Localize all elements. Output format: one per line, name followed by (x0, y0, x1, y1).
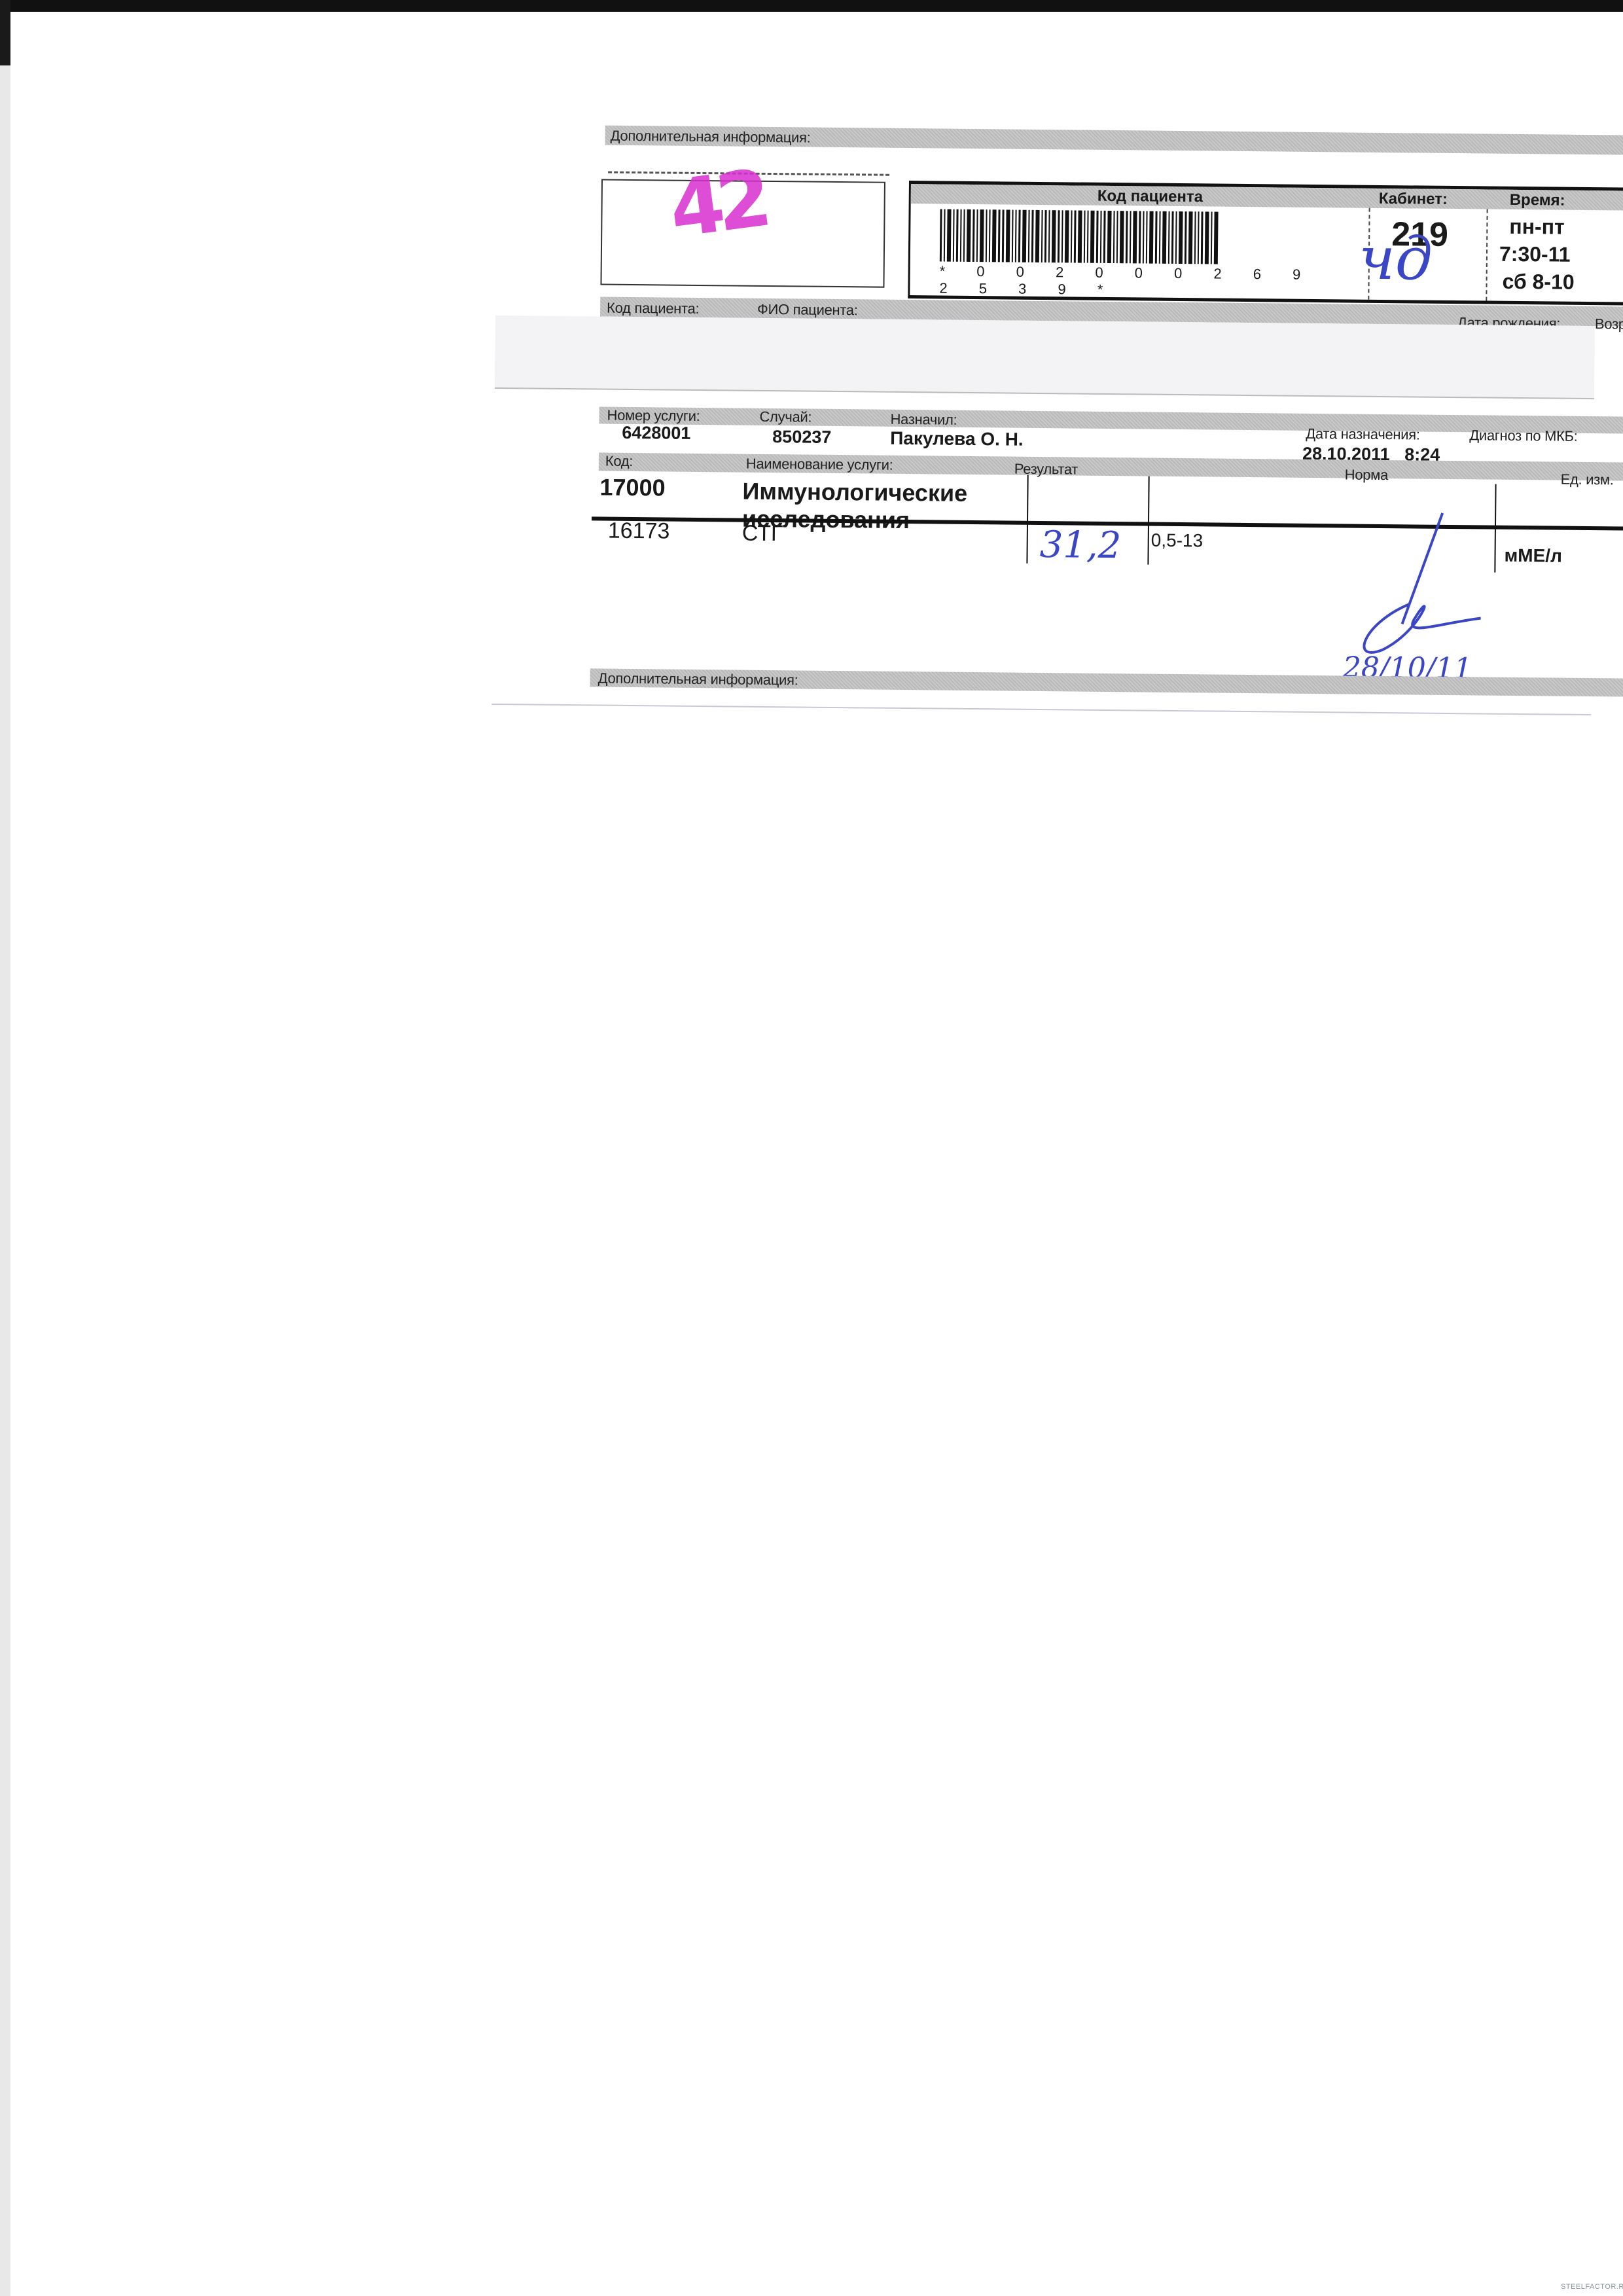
doctor-signature-icon (1323, 505, 1495, 670)
service-header-band: Номер услуги: Случай: Назначил: Дата наз… (599, 407, 1623, 434)
barcode-digits: * 0 0 2 0 0 0 2 6 9 2 5 3 9 * (939, 262, 1319, 300)
patient-name-label: ФИО пациента: (757, 301, 858, 319)
patient-info-redacted (495, 315, 1595, 399)
test-result-handwritten: 31,2 (1039, 524, 1121, 567)
col-unit-header: Ед. изм. (1561, 471, 1614, 489)
barcode-section: Код пациента * 0 0 2 0 0 0 2 6 9 2 5 3 9… (908, 181, 1623, 306)
slip-bottom-edge (491, 704, 1591, 715)
test-name: СТГ (742, 521, 783, 547)
table-header-band: Код: Наименование услуги: Результат Норм… (599, 453, 1623, 481)
service-number-value: 6428001 (622, 423, 690, 444)
barcode-title: Код пациента (1097, 187, 1203, 207)
additional-info-band-top: Дополнительная информация: (605, 126, 1623, 155)
col-name-header: Наименование услуги: (746, 456, 893, 474)
time-separator (1486, 209, 1488, 301)
scan-edge-top (0, 0, 1623, 12)
time-weekday-hours: 7:30-11 (1499, 242, 1571, 267)
age-label: Возраст: (1595, 315, 1623, 333)
assigned-by-label: Назначил: (890, 411, 957, 429)
test-norm: 0,5-13 (1151, 530, 1204, 552)
col-result-header: Результат (1014, 461, 1079, 478)
col-code-header: Код: (605, 453, 633, 470)
result-column-left-border (1026, 475, 1028, 564)
handwritten-initials: чд (1358, 224, 1433, 294)
col-norm-header: Норма (1345, 466, 1388, 484)
diagnosis-label: Диагноз по МКБ: (1469, 427, 1577, 445)
test-unit: мМЕ/л (1504, 545, 1562, 567)
scan-edge-left (0, 0, 10, 65)
test-code: 16173 (608, 518, 670, 545)
barcode-icon (940, 209, 1320, 266)
time-label: Время: (1510, 191, 1565, 210)
patient-code-label: Код пациента: (607, 300, 699, 317)
time-weekdays: пн-пт (1509, 215, 1565, 240)
assigned-by-value: Пакулева О. Н. (890, 428, 1024, 450)
group-code: 17000 (599, 474, 666, 502)
time-saturday-hours: сб 8-10 (1502, 270, 1574, 295)
case-label: Случай: (759, 408, 811, 426)
scan-edge-left-light (0, 65, 10, 2296)
handwritten-stamp-mark: 42 (664, 154, 769, 256)
case-value: 850237 (772, 427, 831, 448)
additional-info-label: Дополнительная информация: (611, 128, 811, 147)
service-number-label: Номер услуги: (607, 407, 700, 425)
result-column-right-border (1147, 476, 1149, 565)
assignment-date-label: Дата назначения: (1306, 425, 1420, 444)
lab-result-slip: Дополнительная информация: 42 Код пациен… (491, 111, 1590, 724)
table-row: 16173 СТГ 31,2 0,5-13 мМЕ/л (497, 111, 1590, 122)
watermark: STEELFACTOR.RU (1561, 2283, 1623, 2291)
additional-info-bottom-label: Дополнительная информация: (598, 670, 798, 689)
cabinet-label: Кабинет: (1379, 190, 1448, 209)
group-name-line1: Иммунологические (742, 478, 967, 507)
